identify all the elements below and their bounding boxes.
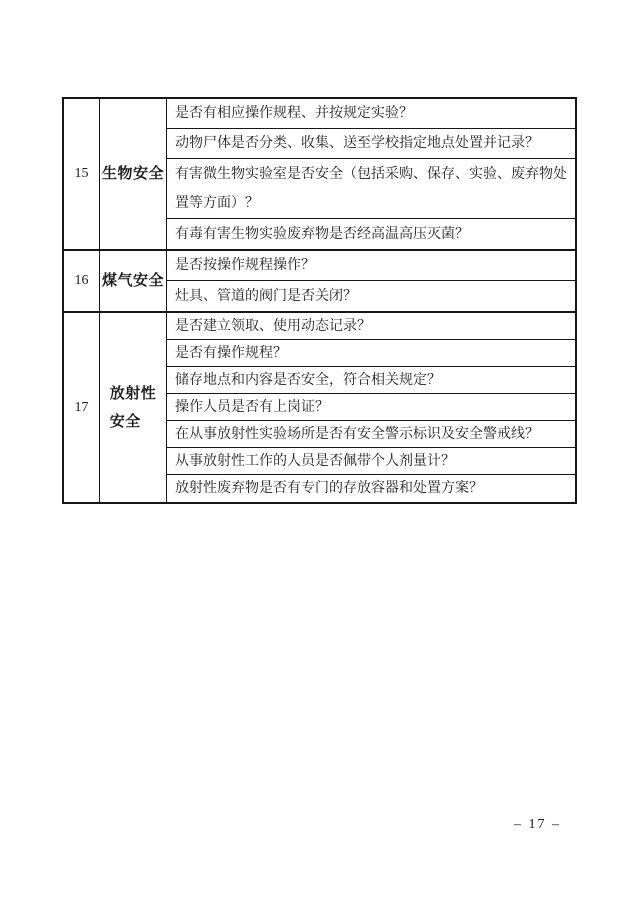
question-text: 是否有操作规程？: [175, 339, 287, 368]
question-text: 有毒有害生物实验废弃物是否经高温高压灭菌？: [175, 220, 469, 249]
table-section-biological-safety: 15 生物安全 是否有相应操作规程、并按规定实验？ 动物尸体是否分类、收集、送至…: [64, 99, 575, 249]
category-cell: 放射性 安全: [100, 313, 167, 502]
category-label: 煤气安全: [102, 267, 164, 295]
question-text: 是否建立领取、使用动态记录？: [175, 312, 371, 341]
table-section-radioactive-safety: 17 放射性 安全 是否建立领取、使用动态记录？ 是否有操作规程？ 储存地点和内…: [64, 311, 575, 502]
question-text: 放射性废弃物是否有专门的存放容器和处置方案？: [175, 474, 483, 503]
row-number-cell: 17: [64, 313, 100, 502]
question-row: 动物尸体是否分类、收集、送至学校指定地点处置并记录？: [167, 129, 575, 159]
question-text: 动物尸体是否分类、收集、送至学校指定地点处置并记录？: [175, 129, 539, 158]
questions-column: 是否按操作规程操作？ 灶具、管道的阀门是否关闭？: [167, 251, 575, 311]
question-text: 操作人员是否有上岗证？: [175, 393, 329, 422]
questions-column: 是否建立领取、使用动态记录？ 是否有操作规程？ 储存地点和内容是否安全，符合相关…: [167, 313, 575, 502]
questions-column: 是否有相应操作规程、并按规定实验？ 动物尸体是否分类、收集、送至学校指定地点处置…: [167, 99, 575, 249]
question-row: 是否有操作规程？: [167, 340, 575, 367]
category-label: 放射性 安全: [110, 380, 157, 436]
question-row: 储存地点和内容是否安全，符合相关规定？: [167, 367, 575, 394]
question-row: 是否按操作规程操作？: [167, 251, 575, 281]
row-number: 15: [75, 166, 89, 182]
question-text: 是否有相应操作规程、并按规定实验？: [175, 99, 413, 128]
row-number-cell: 15: [64, 99, 100, 249]
safety-checklist-table: 15 生物安全 是否有相应操作规程、并按规定实验？ 动物尸体是否分类、收集、送至…: [62, 97, 577, 504]
row-number: 17: [75, 400, 89, 416]
question-row: 灶具、管道的阀门是否关闭？: [167, 281, 575, 311]
row-number-cell: 16: [64, 251, 100, 311]
category-cell: 生物安全: [100, 99, 167, 249]
question-text: 有害微生物实验室是否安全（包括采购、保存、实验、废弃物处置等方面）？: [175, 160, 569, 218]
question-row: 放射性废弃物是否有专门的存放容器和处置方案？: [167, 475, 575, 502]
question-row: 操作人员是否有上岗证？: [167, 394, 575, 421]
page-number: – 17 –: [514, 817, 561, 833]
question-row: 是否建立领取、使用动态记录？: [167, 313, 575, 340]
question-row: 有害微生物实验室是否安全（包括采购、保存、实验、废弃物处置等方面）？: [167, 159, 575, 219]
question-text: 在从事放射性实验场所是否有安全警示标识及安全警戒线？: [175, 420, 539, 449]
document-page: 15 生物安全 是否有相应操作规程、并按规定实验？ 动物尸体是否分类、收集、送至…: [0, 0, 638, 902]
category-label: 生物安全: [102, 160, 164, 188]
table-section-gas-safety: 16 煤气安全 是否按操作规程操作？ 灶具、管道的阀门是否关闭？: [64, 249, 575, 311]
question-text: 是否按操作规程操作？: [175, 251, 315, 280]
question-row: 有毒有害生物实验废弃物是否经高温高压灭菌？: [167, 219, 575, 249]
row-number: 16: [75, 273, 89, 289]
question-text: 灶具、管道的阀门是否关闭？: [175, 282, 357, 311]
question-text: 从事放射性工作的人员是否佩带个人剂量计？: [175, 447, 455, 476]
question-row: 从事放射性工作的人员是否佩带个人剂量计？: [167, 448, 575, 475]
question-row: 是否有相应操作规程、并按规定实验？: [167, 99, 575, 129]
question-row: 在从事放射性实验场所是否有安全警示标识及安全警戒线？: [167, 421, 575, 448]
category-cell: 煤气安全: [100, 251, 167, 311]
question-text: 储存地点和内容是否安全，符合相关规定？: [175, 366, 441, 395]
